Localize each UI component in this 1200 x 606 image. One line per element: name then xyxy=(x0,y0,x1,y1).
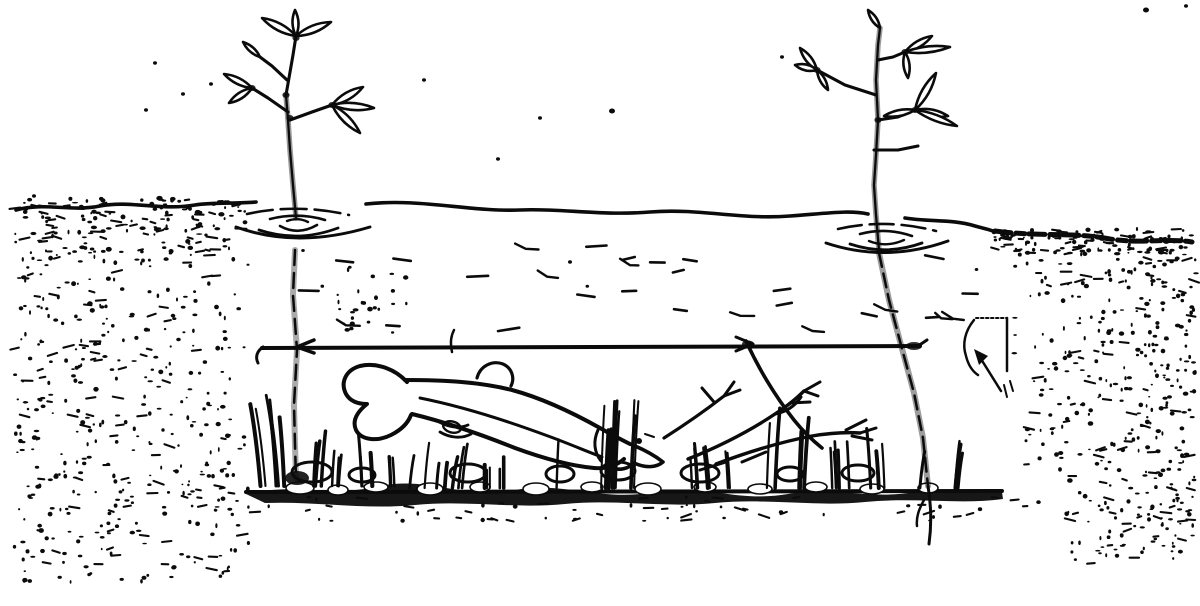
illustration xyxy=(0,0,1200,606)
right-bank-stipple xyxy=(991,227,1199,564)
right-ripple xyxy=(826,224,948,253)
bottom-band xyxy=(246,484,1003,507)
left-stem-underwater xyxy=(285,250,309,485)
scene-svg xyxy=(0,0,1200,606)
inlet-arrow-shaft xyxy=(981,359,1001,391)
left-bank-stipple xyxy=(10,196,250,584)
fish-tail xyxy=(344,365,411,439)
waterline-hook xyxy=(257,347,263,363)
left-ripple xyxy=(236,209,370,238)
inlet-arrowhead xyxy=(974,349,988,365)
waterline-line xyxy=(262,346,920,348)
fish-eye xyxy=(636,438,642,444)
left-sapling xyxy=(224,10,374,218)
waterline xyxy=(257,337,927,363)
inlet-arrow xyxy=(964,318,1013,397)
fish-snout xyxy=(612,444,663,469)
inlet-arrow-left xyxy=(964,320,978,375)
water-surface-marks xyxy=(299,244,978,334)
paper-specks xyxy=(32,4,1188,263)
